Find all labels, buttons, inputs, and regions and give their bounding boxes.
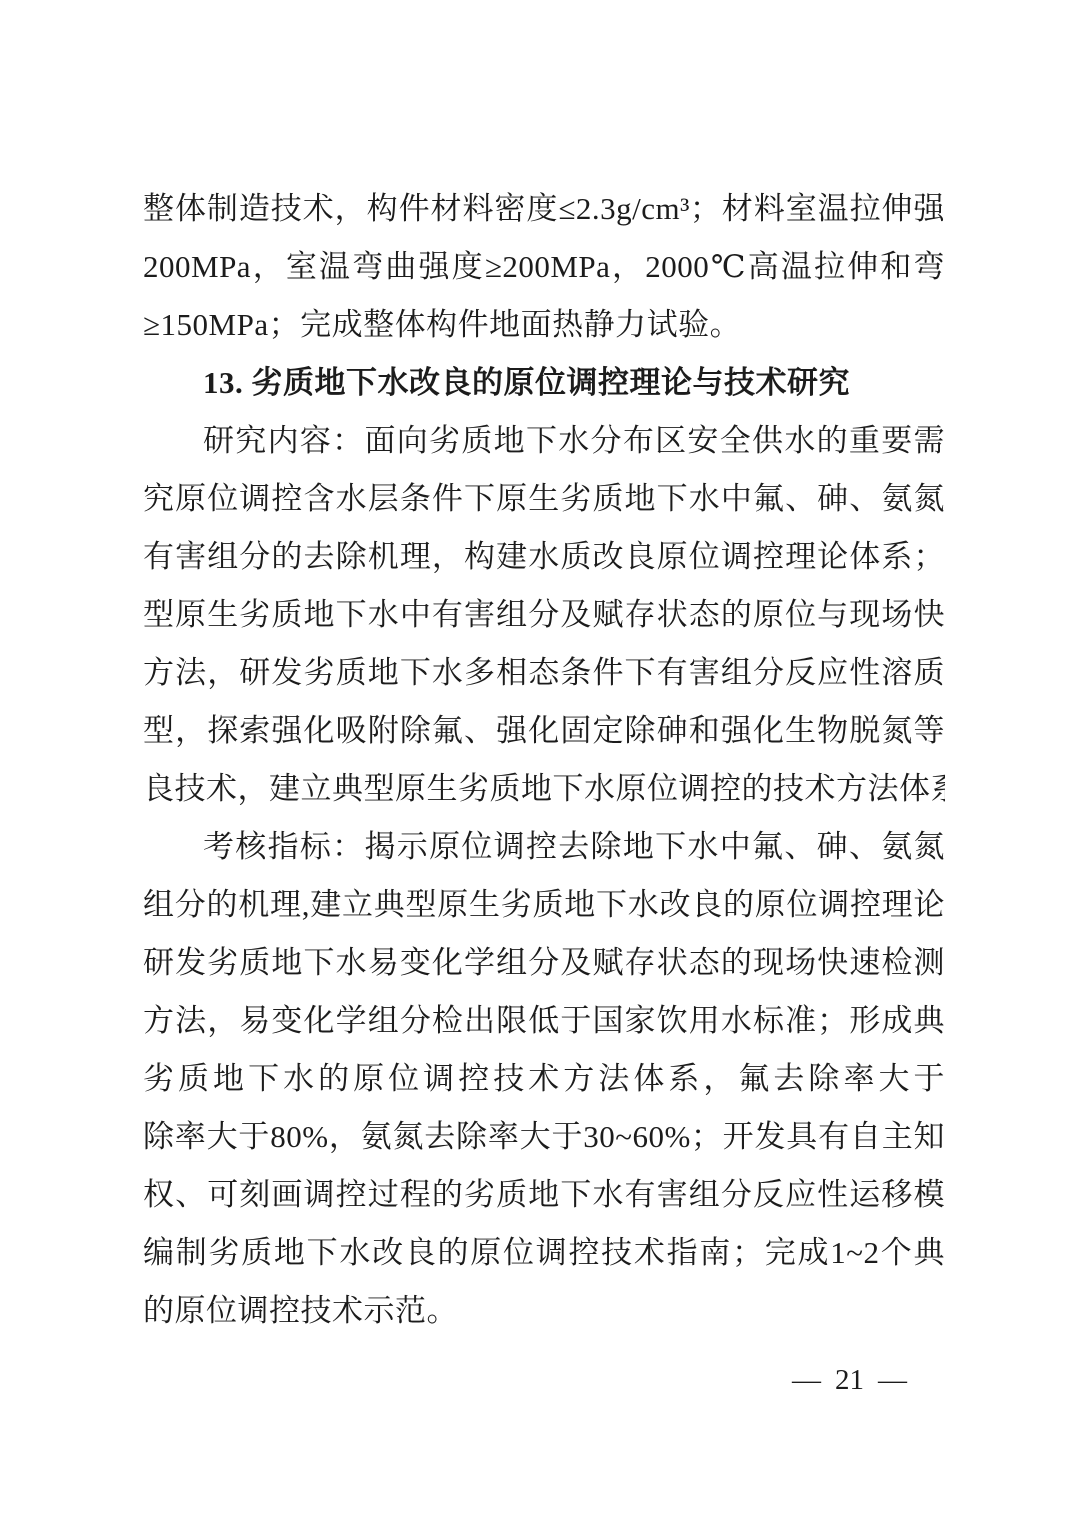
paragraph-assessment-indicators: 考核指标：揭示原位调控去除地下水中氟、砷、氨氮等有害组分的机理,建立典型原生劣质… (143, 818, 945, 1340)
text-line: 研发劣质地下水易变化学组分及赋存状态的现场快速检测技术与 (143, 934, 945, 992)
page-footer: — 21 — (792, 1360, 907, 1400)
paragraph-continuation: 整体制造技术，构件材料密度≤2.3g/cm³；材料室温拉伸强度≥200MPa，室… (143, 180, 945, 354)
text-line: 组分的机理,建立典型原生劣质地下水改良的原位调控理论体系； (143, 876, 945, 934)
text-line: 权、可刻画调控过程的劣质地下水有害组分反应性运移模拟软件； (143, 1166, 945, 1224)
text-line: 型原生劣质地下水中有害组分及赋存状态的原位与现场快速检测 (143, 586, 945, 644)
text-line: 13. 劣质地下水改良的原位调控理论与技术研究 (143, 354, 945, 412)
text-line: 究原位调控含水层条件下原生劣质地下水中氟、砷、氨氮等典型 (143, 470, 945, 528)
text-line: 考核指标：揭示原位调控去除地下水中氟、砷、氨氮等有害 (143, 818, 945, 876)
document-page: 整体制造技术，构件材料密度≤2.3g/cm³；材料室温拉伸强度≥200MPa，室… (0, 0, 1080, 1526)
text-line: 除率大于80%，氨氮去除率大于30~60%；开发具有自主知识产 (143, 1108, 945, 1166)
text-line: 劣质地下水的原位调控技术方法体系，氟去除率大于85%，砷去 (143, 1050, 945, 1108)
text-line: 方法，易变化学组分检出限低于国家饮用水标准；形成典型原生 (143, 992, 945, 1050)
section-heading: 13. 劣质地下水改良的原位调控理论与技术研究 (143, 354, 945, 412)
text-line: 整体制造技术，构件材料密度≤2.3g/cm³；材料室温拉伸强度≥ (143, 180, 945, 238)
footer-dash-right: — (878, 1360, 907, 1400)
paragraph-research-content: 研究内容：面向劣质地下水分布区安全供水的重要需求，研究原位调控含水层条件下原生劣… (143, 412, 945, 818)
page-number: 21 (835, 1360, 864, 1400)
text-line: 研究内容：面向劣质地下水分布区安全供水的重要需求，研 (143, 412, 945, 470)
footer-dash-left: — (792, 1360, 821, 1400)
text-line: ≥150MPa；完成整体构件地面热静力试验。 (143, 296, 945, 354)
document-body: 整体制造技术，构件材料密度≤2.3g/cm³；材料室温拉伸强度≥200MPa，室… (143, 180, 945, 1340)
text-line: 方法，研发劣质地下水多相态条件下有害组分反应性溶质运移模 (143, 644, 945, 702)
text-line: 有害组分的去除机理，构建水质改良原位调控理论体系；开发典 (143, 528, 945, 586)
text-line: 编制劣质地下水改良的原位调控技术指南；完成1~2个典型地区 (143, 1224, 945, 1282)
text-line: 型，探索强化吸附除氟、强化固定除砷和强化生物脱氮等原位改 (143, 702, 945, 760)
text-line: 200MPa，室温弯曲强度≥200MPa，2000℃高温拉伸和弯曲强度 (143, 238, 945, 296)
text-line: 的原位调控技术示范。 (143, 1282, 945, 1340)
text-line: 良技术，建立典型原生劣质地下水原位调控的技术方法体系。 (143, 760, 945, 818)
